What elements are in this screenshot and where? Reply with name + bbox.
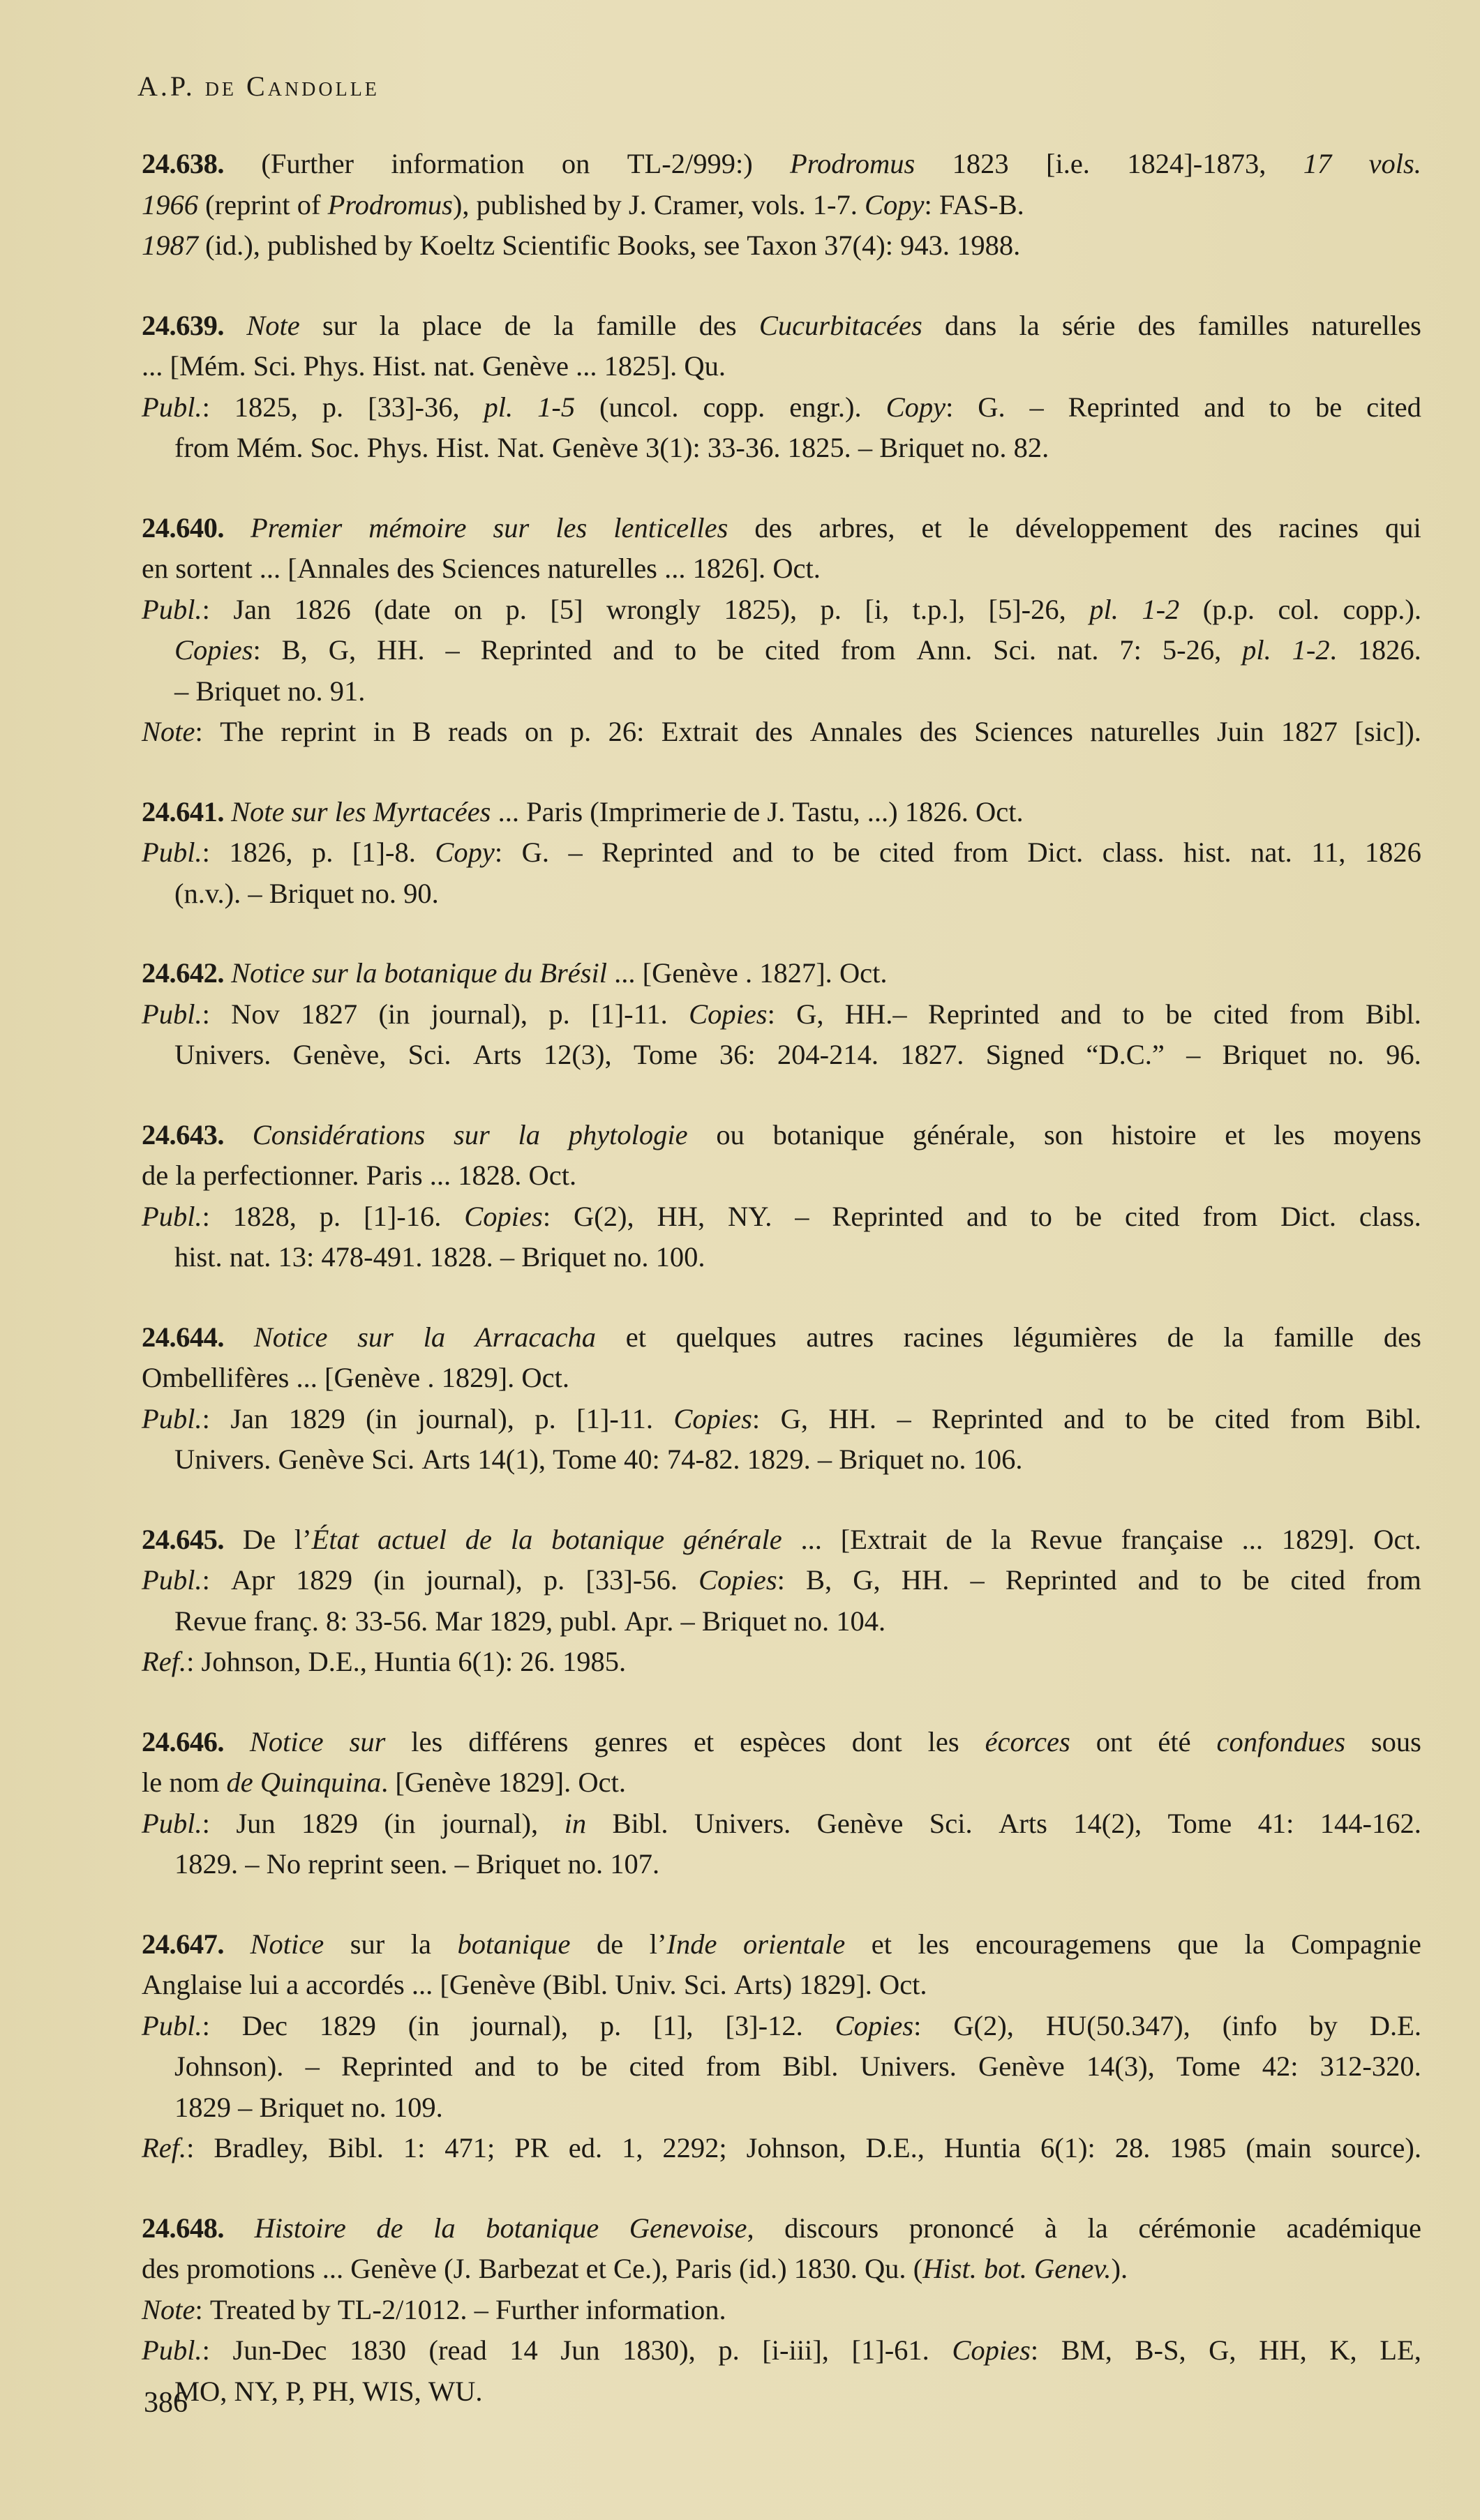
entry-text: : xyxy=(202,998,210,1030)
entry-text: from xyxy=(1290,1403,1345,1434)
entry-line: 24.639.NotesurlaplacedelafamilledesCucur… xyxy=(142,306,1421,347)
entry-text: Ann. xyxy=(916,634,972,666)
entry-text: : xyxy=(202,391,210,423)
entry-text: 1825), xyxy=(724,594,797,625)
entry-text: p. xyxy=(535,1403,555,1434)
entry-text: , xyxy=(747,2212,754,2244)
entry-line: 24.643.Considérationssurlaphytologieoubo… xyxy=(142,1115,1421,1156)
entry-text: : xyxy=(202,1201,210,1232)
entry-text: [Mém. xyxy=(170,350,246,382)
entry-line: Ombellifères ... [Genève . 1829]. Oct. xyxy=(142,1358,1421,1399)
entry-text: be xyxy=(1075,1201,1102,1232)
italic-text: État xyxy=(312,1524,359,1555)
entry-text: reprint xyxy=(308,1848,383,1880)
entry-text: (read xyxy=(429,2334,487,2366)
italic-text: Publ. xyxy=(142,837,202,868)
entry-line: le nom de Quinquina. [Genève 1829]. Oct. xyxy=(142,1762,1421,1803)
entry-text: p. xyxy=(544,1564,565,1596)
entry-text: and xyxy=(613,634,653,666)
entry-text: des xyxy=(397,553,435,584)
entry-text: 26: xyxy=(608,716,645,747)
italic-text: sur xyxy=(493,512,529,543)
entry-text: Sci. xyxy=(253,350,297,382)
entry-text: ... xyxy=(498,796,519,827)
entry-text: Apr xyxy=(231,1564,275,1596)
entry-text: 5-26, xyxy=(1163,634,1221,666)
entry-text: 1829 xyxy=(320,2010,376,2041)
entry-text: 3(1): xyxy=(645,432,701,463)
italic-text: de xyxy=(465,1524,492,1555)
italic-text: Prodromus xyxy=(328,189,453,220)
entry-text: ...) xyxy=(867,796,898,827)
entry-text: B, xyxy=(282,634,308,666)
entry-text: P, xyxy=(285,2376,305,2407)
entry-text: ... xyxy=(260,553,281,584)
entry-text: Univers. xyxy=(694,1808,791,1839)
entry-line: 1829. – No reprint seen. – Briquet no. 1… xyxy=(142,1844,1421,1885)
entry-text: B xyxy=(412,716,431,747)
entry-text: Sci. xyxy=(929,1808,973,1839)
entry-text: Qu. xyxy=(684,350,726,382)
entry-text: to xyxy=(1269,391,1292,423)
entry-text: to xyxy=(792,837,814,868)
italic-text: botanique xyxy=(384,957,498,989)
entry-text: de xyxy=(1167,1321,1194,1353)
entry-text: ... xyxy=(297,1362,317,1393)
entry-text: no. xyxy=(287,675,323,707)
italic-text: 1-5 xyxy=(537,391,575,423)
italic-text: Premier xyxy=(251,512,342,543)
entry-text: 1826. xyxy=(905,796,969,827)
entry-text: – xyxy=(500,1241,514,1273)
entry-text: l’ xyxy=(650,1928,667,1960)
entry-text: en xyxy=(142,553,168,584)
entry-text: be xyxy=(581,2050,607,2082)
entry-text: 1826. xyxy=(1358,634,1421,666)
entry-text: B, xyxy=(806,1564,832,1596)
entry-text: 26. xyxy=(520,1646,555,1677)
entry-text: col. xyxy=(1278,594,1320,625)
entry-text: prononcé xyxy=(909,2212,1015,2244)
entry-text: : xyxy=(752,1403,760,1434)
entry-text: be xyxy=(1165,998,1192,1030)
entry-text: p. xyxy=(821,594,842,625)
entry-number: 24.643. xyxy=(142,1119,224,1150)
entry-text: 1829]. xyxy=(1282,1524,1355,1555)
entry-text: published xyxy=(477,189,587,220)
entry-text: [sic]). xyxy=(1354,716,1421,747)
entry-text: [i-iii], xyxy=(762,2334,829,2366)
entry-text: arbres, xyxy=(819,512,895,543)
italic-text: la xyxy=(511,1524,533,1555)
entry-text: nom xyxy=(169,1767,219,1798)
entry-text: dans xyxy=(945,310,996,341)
entry-text: : xyxy=(202,1808,210,1839)
entry-text: des xyxy=(1214,512,1252,543)
entry-text: développement xyxy=(1015,512,1188,543)
entry-text: D.E., xyxy=(308,1646,367,1677)
entry-text: ( xyxy=(913,2253,923,2284)
italic-text: pl. xyxy=(1242,634,1271,666)
italic-text: Note xyxy=(246,310,300,341)
entry-text: 144-162. xyxy=(1320,1808,1421,1839)
entry-text: Jun xyxy=(236,1808,275,1839)
entry-number: 24.640. xyxy=(142,512,224,543)
entry-text: Qu. xyxy=(865,2253,906,2284)
entry-text: : xyxy=(202,837,210,868)
entry-text: 6(1): xyxy=(1040,2132,1096,2163)
entry-text: – xyxy=(238,2092,252,2123)
entry-text: [i.e. xyxy=(1046,148,1090,179)
entry-text: and xyxy=(966,1201,1007,1232)
entry-text: p. xyxy=(600,2010,621,2041)
entry-text: by xyxy=(593,189,622,220)
entry-text: no. xyxy=(351,2092,387,2123)
entry-text: Oct. xyxy=(521,1362,569,1393)
entry-text: [Extrait xyxy=(841,1524,927,1555)
italic-text: générale xyxy=(683,1524,782,1555)
entry-text: Reprinted xyxy=(341,2050,453,2082)
italic-text: Publ. xyxy=(142,1403,202,1434)
entry-text: autres xyxy=(806,1321,874,1353)
entry-text: Genève xyxy=(978,2050,1065,2082)
entry-text: que xyxy=(1177,1928,1218,1960)
entry-text: Bradley, xyxy=(214,2132,308,2163)
italic-text: Publ. xyxy=(142,998,202,1030)
entry-text: 1829]. xyxy=(442,1362,515,1393)
entry-text: Revue xyxy=(1030,1524,1102,1555)
entry-text: Signed xyxy=(986,1039,1065,1070)
bibliography-entry: 24.640.Premiermémoiresurleslenticellesde… xyxy=(142,508,1421,753)
entry-text: 1-7. xyxy=(813,189,858,220)
entry-text: cited xyxy=(765,634,820,666)
bibliography-entry: 24.647.Noticesurlabotaniquedel’Indeorien… xyxy=(142,1924,1421,2169)
entry-text: série xyxy=(1062,310,1115,341)
italic-text: 1987 xyxy=(142,230,198,261)
entry-text: and xyxy=(1138,1564,1179,1596)
entry-text: by xyxy=(384,230,413,261)
italic-text: pl. xyxy=(484,391,514,423)
entry-text: : xyxy=(924,189,932,220)
bibliography-entry: 24.638.(FurtherinformationonTL-2/999:)Pr… xyxy=(142,144,1421,267)
entry-line: Publ.:Jun1829(injournal),inBibl.Univers.… xyxy=(142,1803,1421,1845)
entry-text: Tome xyxy=(634,1039,698,1070)
entry-text: Dict. xyxy=(1027,837,1083,868)
entry-text: Sci. xyxy=(993,634,1036,666)
entry-text: discours xyxy=(784,2212,879,2244)
entry-line: Revue franç. 8: 33-56. Mar 1829, publ. A… xyxy=(142,1601,1421,1642)
entry-line: en sortent ... [Annales des Sciences nat… xyxy=(142,548,1421,590)
entry-text: [Annales xyxy=(287,553,389,584)
entry-text: 1829]. xyxy=(498,1767,571,1798)
entry-text: to xyxy=(1123,998,1145,1030)
entry-line: hist. nat. 13: 478-491. 1828. – Briquet … xyxy=(142,1237,1421,1278)
entry-text: 1828. xyxy=(458,1160,521,1191)
entry-text: française xyxy=(1121,1524,1223,1555)
italic-text: écorces xyxy=(985,1726,1070,1757)
entry-text: de xyxy=(597,1928,623,1960)
entry-text: wrongly xyxy=(606,594,701,625)
italic-text: Copy xyxy=(865,189,925,220)
entry-text: information xyxy=(391,148,524,179)
entry-text: LE, xyxy=(1380,2334,1421,2366)
entry-text: nat. xyxy=(1057,634,1099,666)
entry-text: Tastu, xyxy=(792,796,860,827)
entry-text: Briquet xyxy=(879,432,964,463)
italic-text: Publ. xyxy=(142,1808,202,1839)
entry-text: (id.), xyxy=(205,230,260,261)
entry-text: G(2), xyxy=(574,1201,634,1232)
entry-text: [33]-36, xyxy=(368,391,460,423)
entry-text: Tome xyxy=(553,1443,617,1475)
entry-text: 8: xyxy=(326,1605,348,1637)
entry-text: 12(3), xyxy=(544,1039,612,1070)
entry-text: Univers. xyxy=(174,1443,271,1475)
italic-text: Copies xyxy=(952,2334,1031,2366)
italic-text: Copies xyxy=(698,1564,777,1596)
entry-text: ... xyxy=(801,1524,822,1555)
entry-text: – xyxy=(455,1848,469,1880)
entry-text: des xyxy=(142,2253,179,2284)
entry-text: Mém. xyxy=(237,432,304,463)
entry-text: Compagnie xyxy=(1291,1928,1421,1960)
entry-text: Reprinted xyxy=(932,1403,1043,1434)
entry-text: Annales xyxy=(810,716,903,747)
entry-text: : xyxy=(195,2294,203,2325)
entry-text: dont xyxy=(852,1726,902,1757)
entry-text: Arts) xyxy=(734,1969,792,2000)
entry-text: NY, xyxy=(234,2376,278,2407)
italic-text: Quinquina xyxy=(260,1767,381,1798)
entry-text: source). xyxy=(1331,2132,1421,2163)
italic-text: 1-2 xyxy=(1292,634,1330,666)
entry-text: : xyxy=(202,1564,210,1596)
entry-text: cited xyxy=(1290,1564,1345,1596)
entry-line: 1829 – Briquet no. 109. xyxy=(142,2087,1421,2129)
entry-text: générale, xyxy=(913,1119,1015,1150)
entry-text: Extrait xyxy=(661,716,738,747)
entry-text: BM, xyxy=(1061,2334,1112,2366)
running-head: A.P. de Candolle xyxy=(137,70,380,103)
entry-text: p. xyxy=(312,837,333,868)
entry-text: [3]-12. xyxy=(725,2010,802,2041)
entry-text: G, xyxy=(853,1564,880,1596)
entry-text: racines xyxy=(904,1321,984,1353)
italic-text: Note xyxy=(231,796,285,827)
entry-text: naturelles xyxy=(1090,716,1199,747)
entry-text: 1824]-1873, xyxy=(1127,148,1266,179)
entry-text: 1829. xyxy=(174,1848,238,1880)
entry-text: from xyxy=(174,432,230,463)
entry-text: Genève xyxy=(817,1808,904,1839)
entry-text: HH. xyxy=(828,1403,876,1434)
entry-text: les xyxy=(918,1928,950,1960)
entry-text: – xyxy=(245,1848,259,1880)
entry-text: Briquet xyxy=(839,1443,923,1475)
entry-text: : xyxy=(195,716,203,747)
entry-text: 1830), xyxy=(622,2334,696,2366)
bibliography-entries: 24.638.(FurtherinformationonTL-2/999:)Pr… xyxy=(142,144,1421,2451)
entry-text: ... xyxy=(664,553,685,584)
entry-text: 1985 xyxy=(1169,2132,1226,2163)
entry-text: les xyxy=(928,1726,959,1757)
entry-text: 36: xyxy=(719,1039,756,1070)
entry-line: ... [Mém. Sci. Phys. Hist. nat. Genève .… xyxy=(142,346,1421,387)
entry-text: Revue xyxy=(174,1605,246,1637)
entry-text: G(2), xyxy=(953,2010,1014,2041)
entry-text: Dict. xyxy=(1280,1201,1336,1232)
entry-text: : xyxy=(186,2132,194,2163)
entry-line: 24.644.NoticesurlaArracachaetquelquesaut… xyxy=(142,1317,1421,1358)
entry-text: Paris xyxy=(526,796,583,827)
entry-line: Publ.:Jan1829(injournal),p.[1]-11.Copies… xyxy=(142,1399,1421,1440)
entry-line: des promotions ... Genève (J. Barbezat e… xyxy=(142,2249,1421,2290)
entry-text: qui xyxy=(1385,512,1421,543)
entry-text: Ombellifères xyxy=(142,1362,289,1393)
entry-text: à xyxy=(1045,2212,1057,2244)
entry-text: 1829 xyxy=(296,1564,352,1596)
entry-text: 1827 xyxy=(1281,716,1338,747)
entry-text: engr.). xyxy=(789,391,861,423)
entry-text: Bibl. xyxy=(1366,998,1421,1030)
entry-text: information. xyxy=(585,2294,726,2325)
entry-text: from xyxy=(841,634,896,666)
entry-text: Briquet xyxy=(1223,1039,1307,1070)
entry-text: quelques xyxy=(676,1321,777,1353)
entry-text: from xyxy=(706,2050,761,2082)
entry-line: Publ.:1826,p.[1]-8.Copy:G.–Reprintedandt… xyxy=(142,832,1421,873)
entry-text: . xyxy=(745,957,752,989)
entry-text: 107. xyxy=(610,1848,659,1880)
entry-text: ou xyxy=(716,1119,745,1150)
entry-text: p. xyxy=(570,716,591,747)
entry-text: Oct. xyxy=(528,1160,576,1191)
entry-text: Huntia xyxy=(944,2132,1021,2163)
entry-text: et xyxy=(872,1928,892,1960)
entry-text: racines xyxy=(1278,512,1359,543)
entry-text: 91. xyxy=(330,675,366,707)
entry-text: J. xyxy=(629,189,647,220)
entry-text: moyens xyxy=(1333,1119,1421,1150)
entry-text: 1823 xyxy=(952,148,1009,179)
italic-text: botanique xyxy=(486,2212,599,2244)
entry-text: genres xyxy=(594,1726,668,1757)
entry-number: 24.639. xyxy=(142,310,224,341)
entry-text: (reprint xyxy=(205,189,290,220)
entry-text: le xyxy=(969,512,989,543)
entry-text: 42: xyxy=(1262,2050,1299,2082)
italic-text: Histoire xyxy=(255,2212,346,2244)
entry-text: 1829, xyxy=(489,1605,553,1637)
entry-text: Genève xyxy=(278,1443,364,1475)
entry-text: de xyxy=(504,310,531,341)
entry-text: 1830. xyxy=(794,2253,858,2284)
entry-text: (in xyxy=(366,1403,397,1434)
entry-text: sur xyxy=(350,1928,385,1960)
entry-text: reads xyxy=(448,716,507,747)
entry-text: reprint xyxy=(281,716,356,747)
italic-text: sur xyxy=(292,796,328,827)
italic-text: Genevoise xyxy=(629,2212,747,2244)
entry-text: (info xyxy=(1223,2010,1278,2041)
entry-text: Genève xyxy=(552,432,638,463)
entry-text: copp. xyxy=(703,391,765,423)
bibliography-entry: 24.646.Noticesurlesdifférensgenresetespè… xyxy=(142,1722,1421,1885)
entry-text: 106. xyxy=(973,1443,1023,1475)
entry-text: [Genève xyxy=(324,1362,420,1393)
entry-text: Reprinted xyxy=(832,1201,943,1232)
entry-text: Genève xyxy=(482,350,569,382)
italic-text: Notice xyxy=(254,1321,328,1353)
entry-line: – Briquet no. 91. xyxy=(142,671,1421,712)
entry-text: : xyxy=(768,998,775,1030)
document-page: A.P. de Candolle 24.638.(Furtherinformat… xyxy=(0,0,1480,2520)
entry-text: accordés xyxy=(306,1969,405,2000)
entry-text: Bibl. xyxy=(328,2132,384,2163)
entry-text: to xyxy=(675,634,697,666)
entry-text: – xyxy=(1186,1039,1200,1070)
entry-text: publ. xyxy=(560,1605,617,1637)
italic-text: Considérations xyxy=(253,1119,426,1150)
entry-text: FAS-B. xyxy=(939,189,1024,220)
entry-text: be xyxy=(1167,1403,1194,1434)
entry-text: des xyxy=(920,716,957,747)
entry-text: lui xyxy=(249,1969,279,2000)
entry-text: – xyxy=(306,2050,320,2082)
italic-text: Publ. xyxy=(142,2334,202,2366)
entry-text: cited xyxy=(1213,998,1269,1030)
entry-text: et xyxy=(626,1321,646,1353)
entry-text: ), xyxy=(453,189,470,220)
entry-text: [33]-56. xyxy=(585,1564,678,1596)
entry-text: ... xyxy=(614,957,635,989)
entry-text: journal), xyxy=(442,1808,538,1839)
entry-text: p. xyxy=(718,2334,739,2366)
entry-text: see xyxy=(703,230,740,261)
entry-text: la xyxy=(1244,1928,1264,1960)
entry-text: et xyxy=(921,512,941,543)
italic-text: botanique xyxy=(458,1928,571,1960)
italic-text: Copies xyxy=(174,634,253,666)
entry-text: and xyxy=(1063,1403,1104,1434)
entry-text: B-S, xyxy=(1135,2334,1186,2366)
entry-text: Bibl. xyxy=(613,1808,668,1839)
entry-text: Arts xyxy=(421,1443,470,1475)
entry-text: promotions xyxy=(186,2253,315,2284)
entry-text: to xyxy=(537,2050,560,2082)
entry-text: No xyxy=(267,1848,301,1880)
entry-text: journal), xyxy=(472,2010,568,2041)
entry-text: HH. xyxy=(377,634,425,666)
entry-number: 24.638. xyxy=(142,148,224,179)
entry-text: la xyxy=(175,1160,195,1191)
entry-text: HH, xyxy=(657,1201,705,1232)
entry-text: – xyxy=(1029,391,1043,423)
entry-text: Briquet xyxy=(702,1605,786,1637)
entry-text: Univers. xyxy=(860,2050,957,2082)
italic-text: Copies xyxy=(464,1201,543,1232)
entry-text: 14(2), xyxy=(1073,1808,1142,1839)
entry-text: histoire xyxy=(1112,1119,1196,1150)
entry-line: Publ.:1825,p.[33]-36,pl.1-5(uncol.copp.e… xyxy=(142,387,1421,428)
entry-text: des xyxy=(755,716,793,747)
entry-text: Koeltz xyxy=(419,230,495,261)
italic-text: phytologie xyxy=(569,1119,688,1150)
entry-line: 1966 (reprint of Prodromus), published b… xyxy=(142,185,1421,226)
italic-text: vols. xyxy=(1369,148,1421,179)
entry-text: (in xyxy=(373,1564,405,1596)
entry-text: 6(1): xyxy=(458,1646,513,1677)
